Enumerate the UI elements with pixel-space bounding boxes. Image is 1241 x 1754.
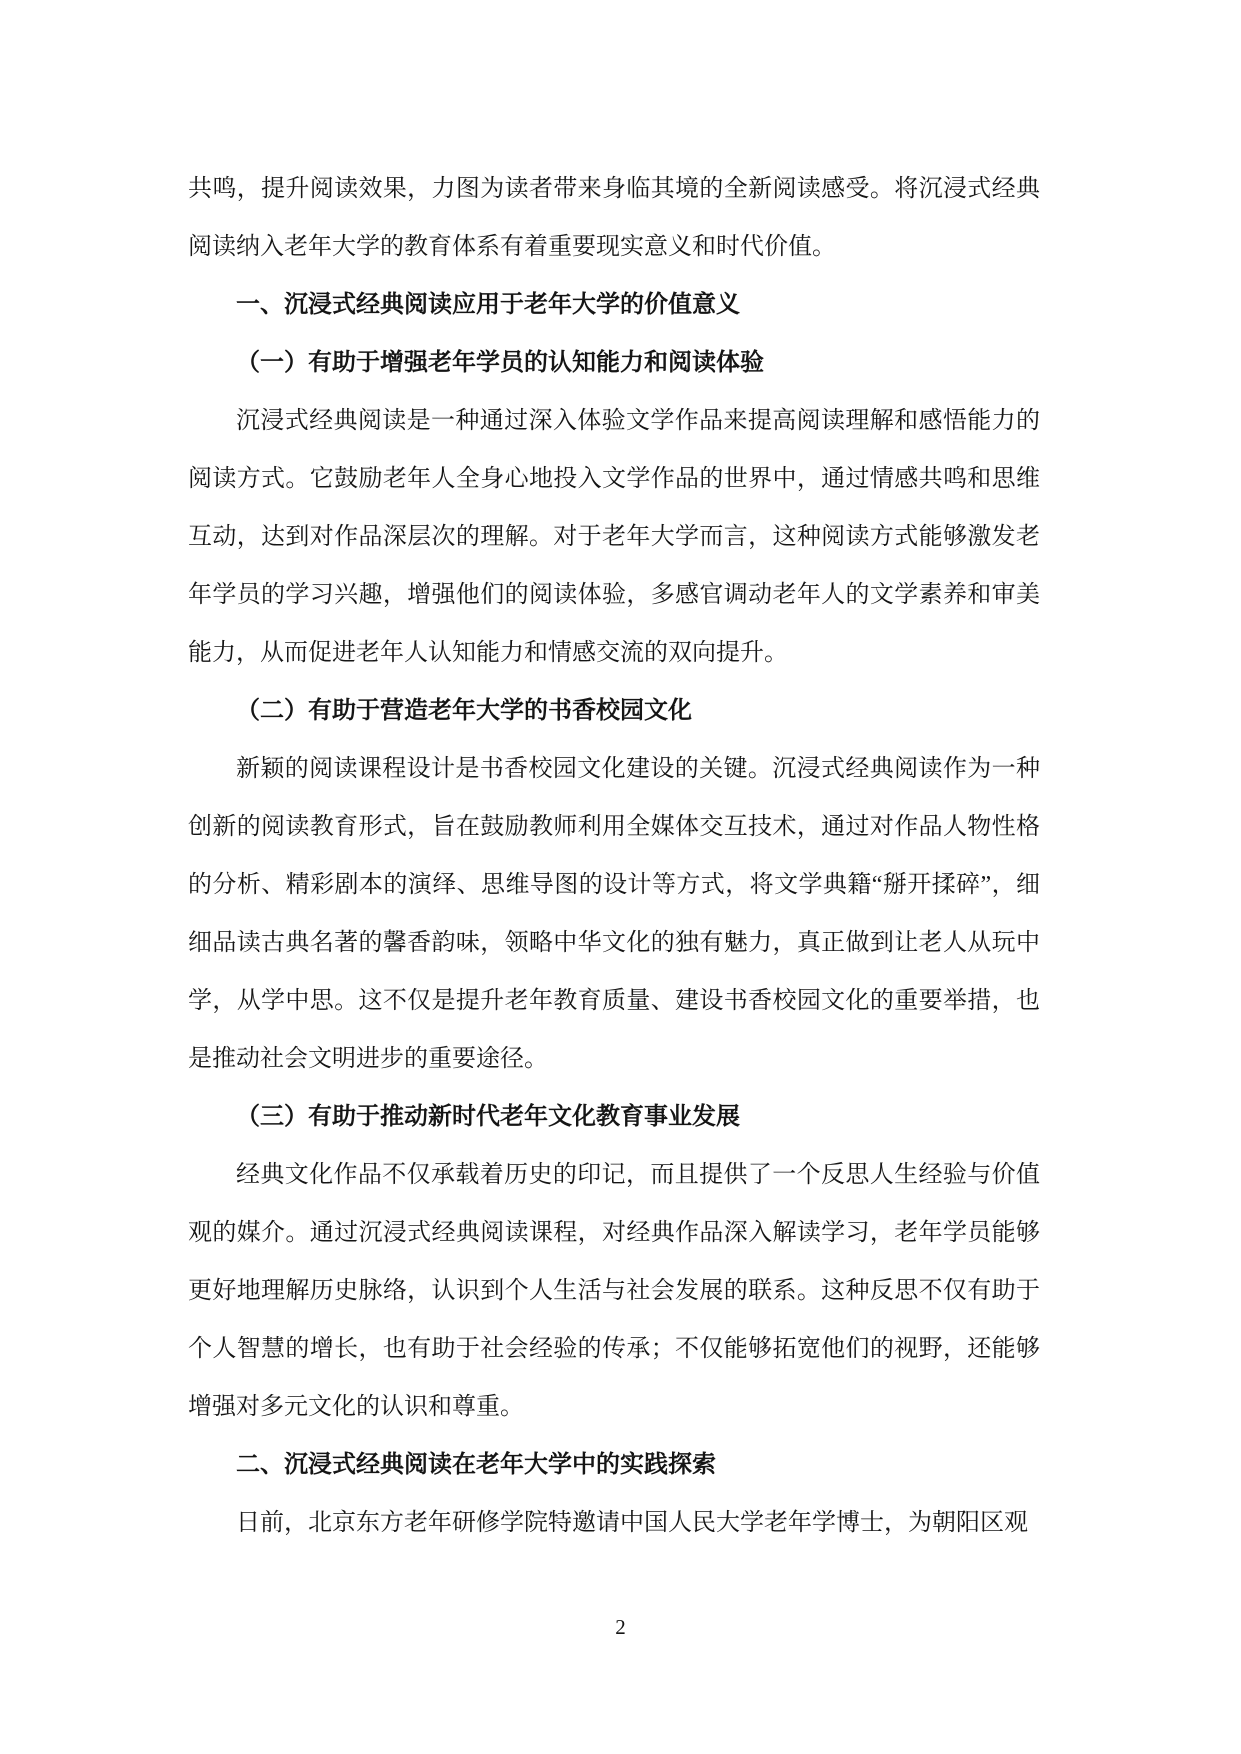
page-footer: 2 [0,1612,1241,1642]
paragraph-2-1: 日前，北京东方老年研修学院特邀请中国人民大学老年学博士，为朝阳区观 [188,1494,1040,1552]
paragraph-1-1: 沉浸式经典阅读是一种通过深入体验文学作品来提高阅读理解和感悟能力的阅读方式。它鼓… [188,392,1040,682]
sub-heading-1-2: （二）有助于营造老年大学的书香校园文化 [188,682,1040,740]
paragraph-1-2: 新颖的阅读课程设计是书香校园文化建设的关键。沉浸式经典阅读作为一种创新的阅读教育… [188,740,1040,1088]
section-heading-1: 一、沉浸式经典阅读应用于老年大学的价值意义 [188,276,1040,334]
section-heading-2: 二、沉浸式经典阅读在老年大学中的实践探索 [188,1436,1040,1494]
document-body: 共鸣，提升阅读效果，力图为读者带来身临其境的全新阅读感受。将沉浸式经典阅读纳入老… [188,160,1040,1552]
sub-heading-1-1: （一）有助于增强老年学员的认知能力和阅读体验 [188,334,1040,392]
page-number: 2 [615,1615,626,1639]
sub-heading-1-3: （三）有助于推动新时代老年文化教育事业发展 [188,1088,1040,1146]
document-page: 共鸣，提升阅读效果，力图为读者带来身临其境的全新阅读感受。将沉浸式经典阅读纳入老… [0,0,1241,1754]
paragraph-1-3: 经典文化作品不仅承载着历史的印记，而且提供了一个反思人生经验与价值观的媒介。通过… [188,1146,1040,1436]
paragraph-intro-continuation: 共鸣，提升阅读效果，力图为读者带来身临其境的全新阅读感受。将沉浸式经典阅读纳入老… [188,160,1040,276]
